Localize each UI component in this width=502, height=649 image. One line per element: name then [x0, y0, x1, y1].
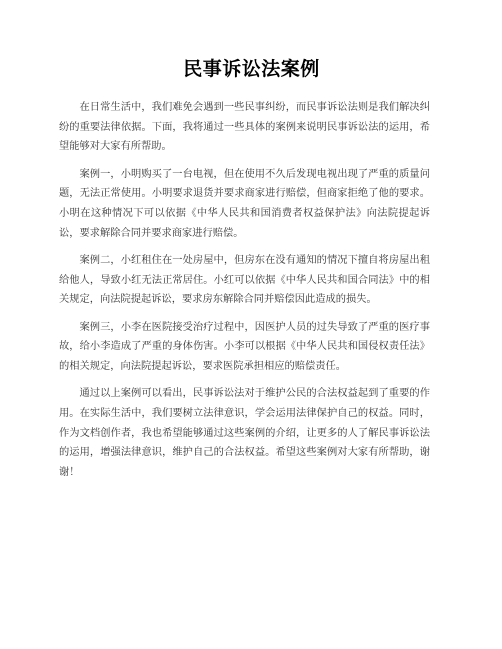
document-page: 民事诉讼法案例 在日常生活中，我们难免会遇到一些民事纠纷，而民事诉讼法则是我们解… — [0, 0, 502, 649]
paragraph: 在日常生活中，我们难免会遇到一些民事纠纷，而民事诉讼法则是我们解决纠纷的重要法律… — [59, 98, 430, 157]
paragraph: 案例二，小红租住在一处房屋中，但房东在没有通知的情况下擅自将房屋出租给他人，导致… — [59, 251, 430, 310]
paragraph: 案例三，小李在医院接受治疗过程中，因医护人员的过失导致了严重的医疗事故，给小李造… — [59, 318, 430, 377]
document-body: 在日常生活中，我们难免会遇到一些民事纠纷，而民事诉讼法则是我们解决纠纷的重要法律… — [59, 98, 430, 483]
paragraph: 通过以上案例可以看出，民事诉讼法对于维护公民的合法权益起到了重要的作用。在实际生… — [59, 384, 430, 483]
paragraph: 案例一，小明购买了一台电视，但在使用不久后发现电视出现了严重的质量问题，无法正常… — [59, 165, 430, 244]
document-title: 民事诉讼法案例 — [66, 57, 437, 83]
